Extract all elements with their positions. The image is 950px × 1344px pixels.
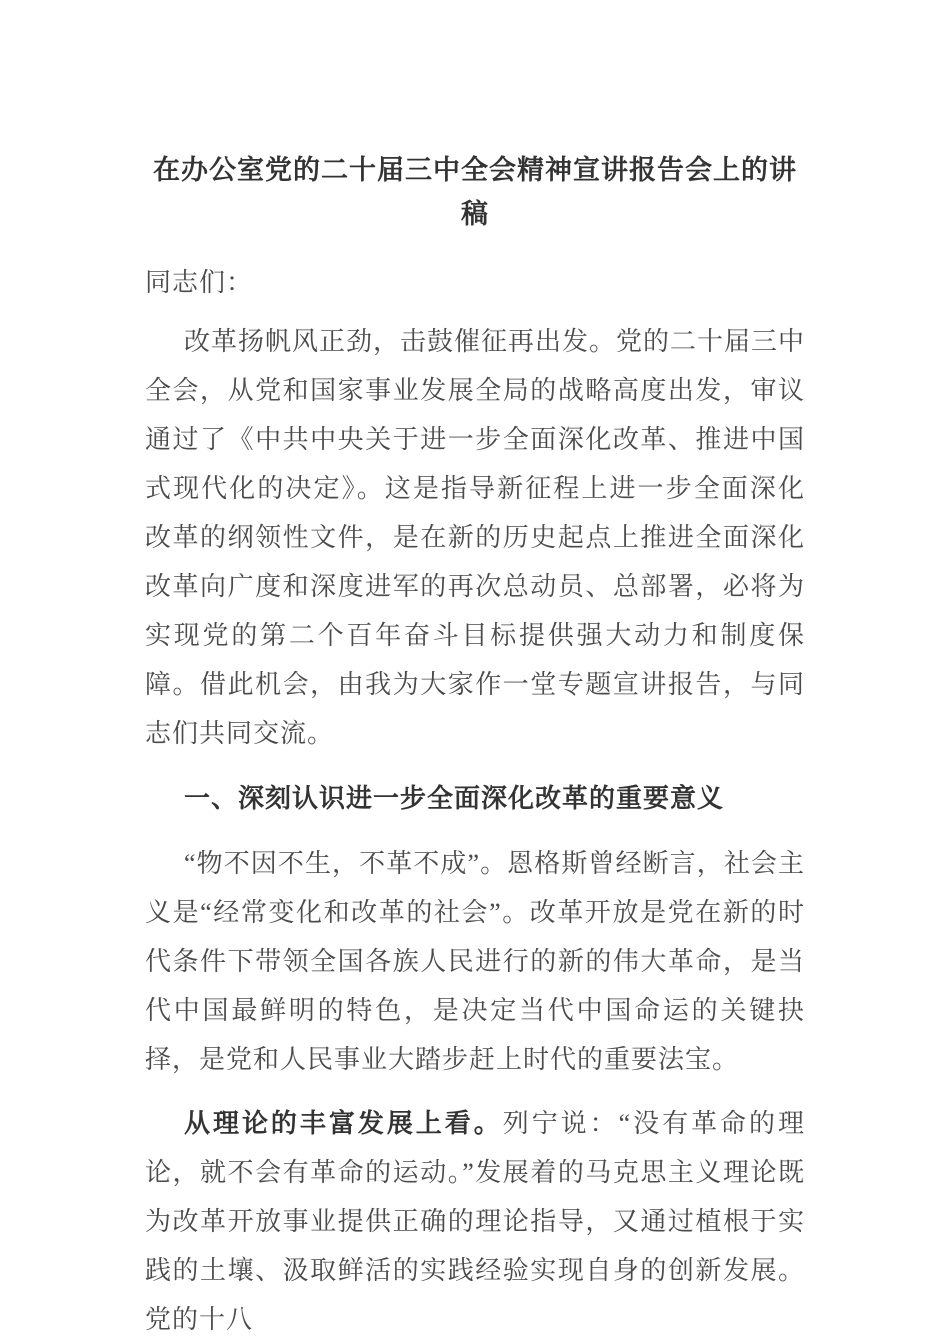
- salutation: 同志们：: [145, 258, 805, 307]
- paragraph-lead-emphasis: 从理论的丰富发展上看。: [184, 1109, 503, 1138]
- paragraph-section1-b: 从理论的丰富发展上看。列宁说：“没有革命的理论，就不会有革命的运动。”发展着的马…: [145, 1099, 805, 1344]
- paragraph-intro: 改革扬帆风正劲，击鼓催征再出发。党的二十届三中全会，从党和国家事业发展全局的战略…: [145, 317, 805, 758]
- paragraph-section1-a: “物不因不生，不革不成”。恩格斯曾经断言，社会主义是“经常变化和改革的社会”。改…: [145, 839, 805, 1084]
- section-heading-1: 一、深刻认识进一步全面深化改革的重要意义: [145, 774, 805, 823]
- document-title: 在办公室党的二十届三中全会精神宣讲报告会上的讲稿: [145, 148, 805, 236]
- document-page: 在办公室党的二十届三中全会精神宣讲报告会上的讲稿 同志们： 改革扬帆风正劲，击鼓…: [0, 0, 950, 1344]
- paragraph-body-text: 列宁说：“没有革命的理论，就不会有革命的运动。”发展着的马克思主义理论既为改革开…: [145, 1109, 805, 1334]
